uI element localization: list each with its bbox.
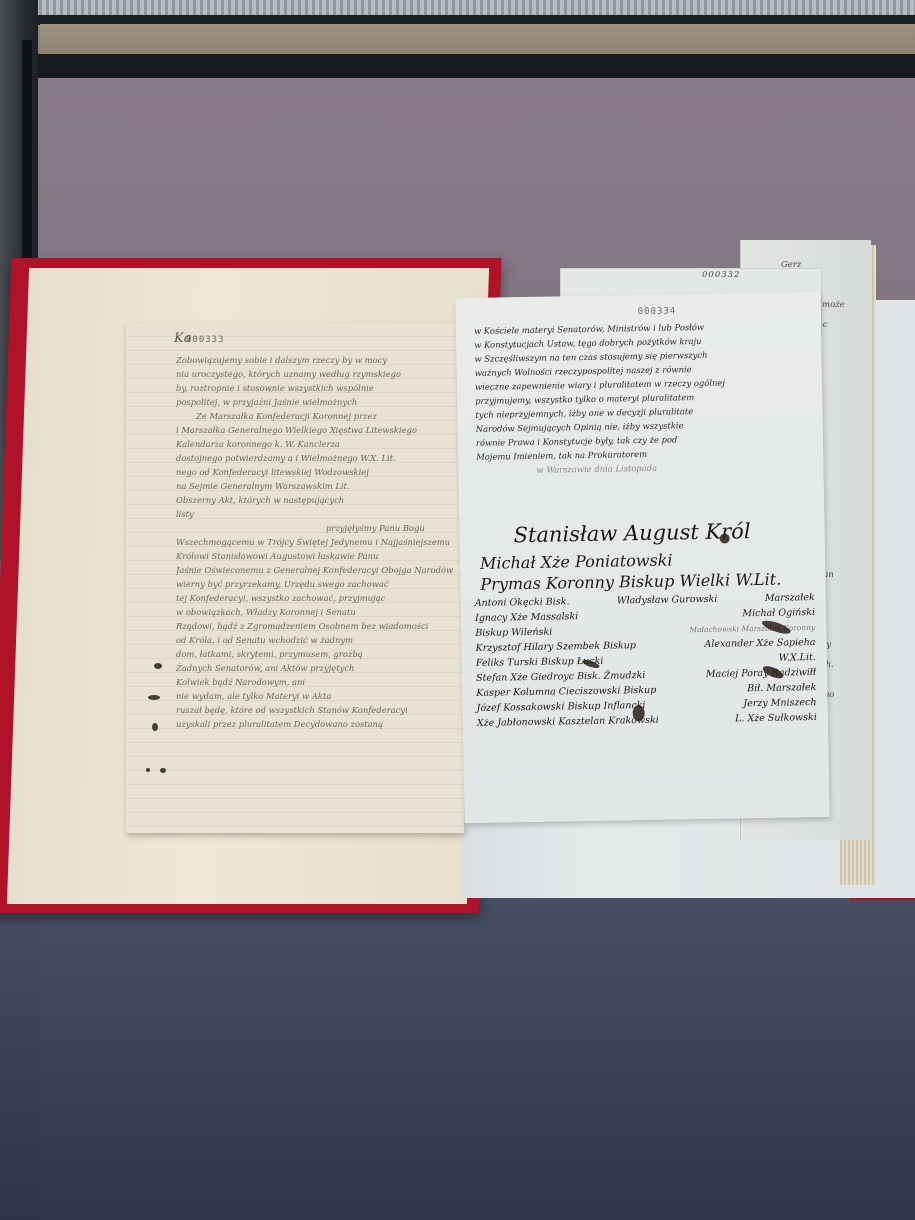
ink-blot [154,663,162,669]
text-line: Rządowi, bądź z Zgromadzeniem Osobnem be… [176,619,458,633]
text-line: listy [176,507,458,521]
text-line: dostojnego potwierdzamy a i Wielmożnego … [176,451,458,465]
text-line: Wszechmogącemu w Trójcy Świętej Jedynemu… [176,535,458,549]
folio-number: 000334 [638,306,677,317]
text-line: Jaśnie Oświeconemu z Generalnej Konfeder… [176,563,458,577]
text-line: ruszał będę, które od wszystkich Stanów … [176,703,458,717]
text-line: by, roztropnie i stosownie wszystkich ws… [176,381,458,395]
vitrine-glass-edge [25,54,915,78]
text-line: Żadnych Senatorów, ani Aktów przyjętych [176,661,458,675]
signature-king: Stanisław August Król [513,518,813,547]
vitrine-frame [40,24,915,56]
ink-blot [633,705,645,721]
text-line: nego od Konfederacyi litewskiej Wodzowsk… [176,465,458,479]
signature: Władysław Gurowski [617,592,718,609]
text-line: wierny być przyrzekamy, Urzędu swego zac… [176,577,458,591]
text-line: uzyskali przez pluralitatem Decydowano z… [176,717,458,731]
text-line: tej Konfederacyi, wszystko zachować, prz… [176,591,458,605]
text-line: Królowi Stanisławowi Augustowi łaskawie … [176,549,458,563]
signature: Michał Ogiński [742,605,815,621]
right-page-text: w Kościele materyi Senatorów, Ministrów … [474,318,812,478]
text-line: w obowiązkach, Władzy Koronnej i Senatu [176,605,458,619]
text-line: Kalendarza koronnego k. W. Kanclerza [176,437,458,451]
signature: Ignacy Xże Massalski [475,609,578,626]
signature: L. Xże Sułkowski [735,710,817,726]
left-page-text: Zobowiązujemy sobie i dalszym rzeczy by … [176,353,458,731]
signature: Krzysztof Hilary Szembek Biskup [475,638,636,656]
text-line: od Króla, i od Senatu wchodzić w żadnym [176,633,458,647]
signature: Antoni Okęcki Bisk. [475,594,570,611]
ink-blot [720,533,730,543]
text-line: Zobowiązujemy sobie i dalszym rzeczy by … [176,353,458,367]
signature: Bił. Marszałek [747,680,816,696]
text-line: Obszerny Akt, których w następujących [176,493,458,507]
ink-blot [148,695,160,700]
text-line: na Sejmie Generalnym Warszawskim Lit. [176,479,458,493]
text-line: nie wydam, ale tylko Materyi w Akta [176,689,458,703]
text-line: przyjęłyśmy Panu Bogu [176,521,458,535]
text-line: i Marszałka Generalnego Wielkiego Xięstw… [176,423,458,437]
text-line: dom, łatkami, skrytemi, przymusem, groźb… [176,647,458,661]
ink-blot [146,768,150,772]
text-line: Ze Marszałka Konfederacji Koronnej przez [176,409,458,423]
signature: Jerzy Mniszech [743,695,816,711]
ink-blot [152,723,158,731]
folio-number: 000333 [186,335,225,345]
text-line: pospolitej, w przyjaźni Jaśnie wielmożny… [176,395,458,409]
ink-blot [160,768,166,773]
folio-number-behind: 000332 [702,270,740,280]
text-line: nia uroczystego, których uznamy według r… [176,367,458,381]
signature: Xże Jabłonowski Kasztelan Krakowski [477,713,659,731]
right-manuscript-page: 000334 w Kościele materyi Senatorów, Min… [455,292,829,823]
signature: Marszałek [765,590,815,606]
signature: Biskup Wileński [475,625,552,641]
signature: W.X.Lit. [779,650,816,666]
text-line: Kolwiek bądź Narodowym, ani [176,675,458,689]
left-manuscript-page: Ka 000333 Zobowiązujemy sobie i dalszym … [126,323,464,833]
